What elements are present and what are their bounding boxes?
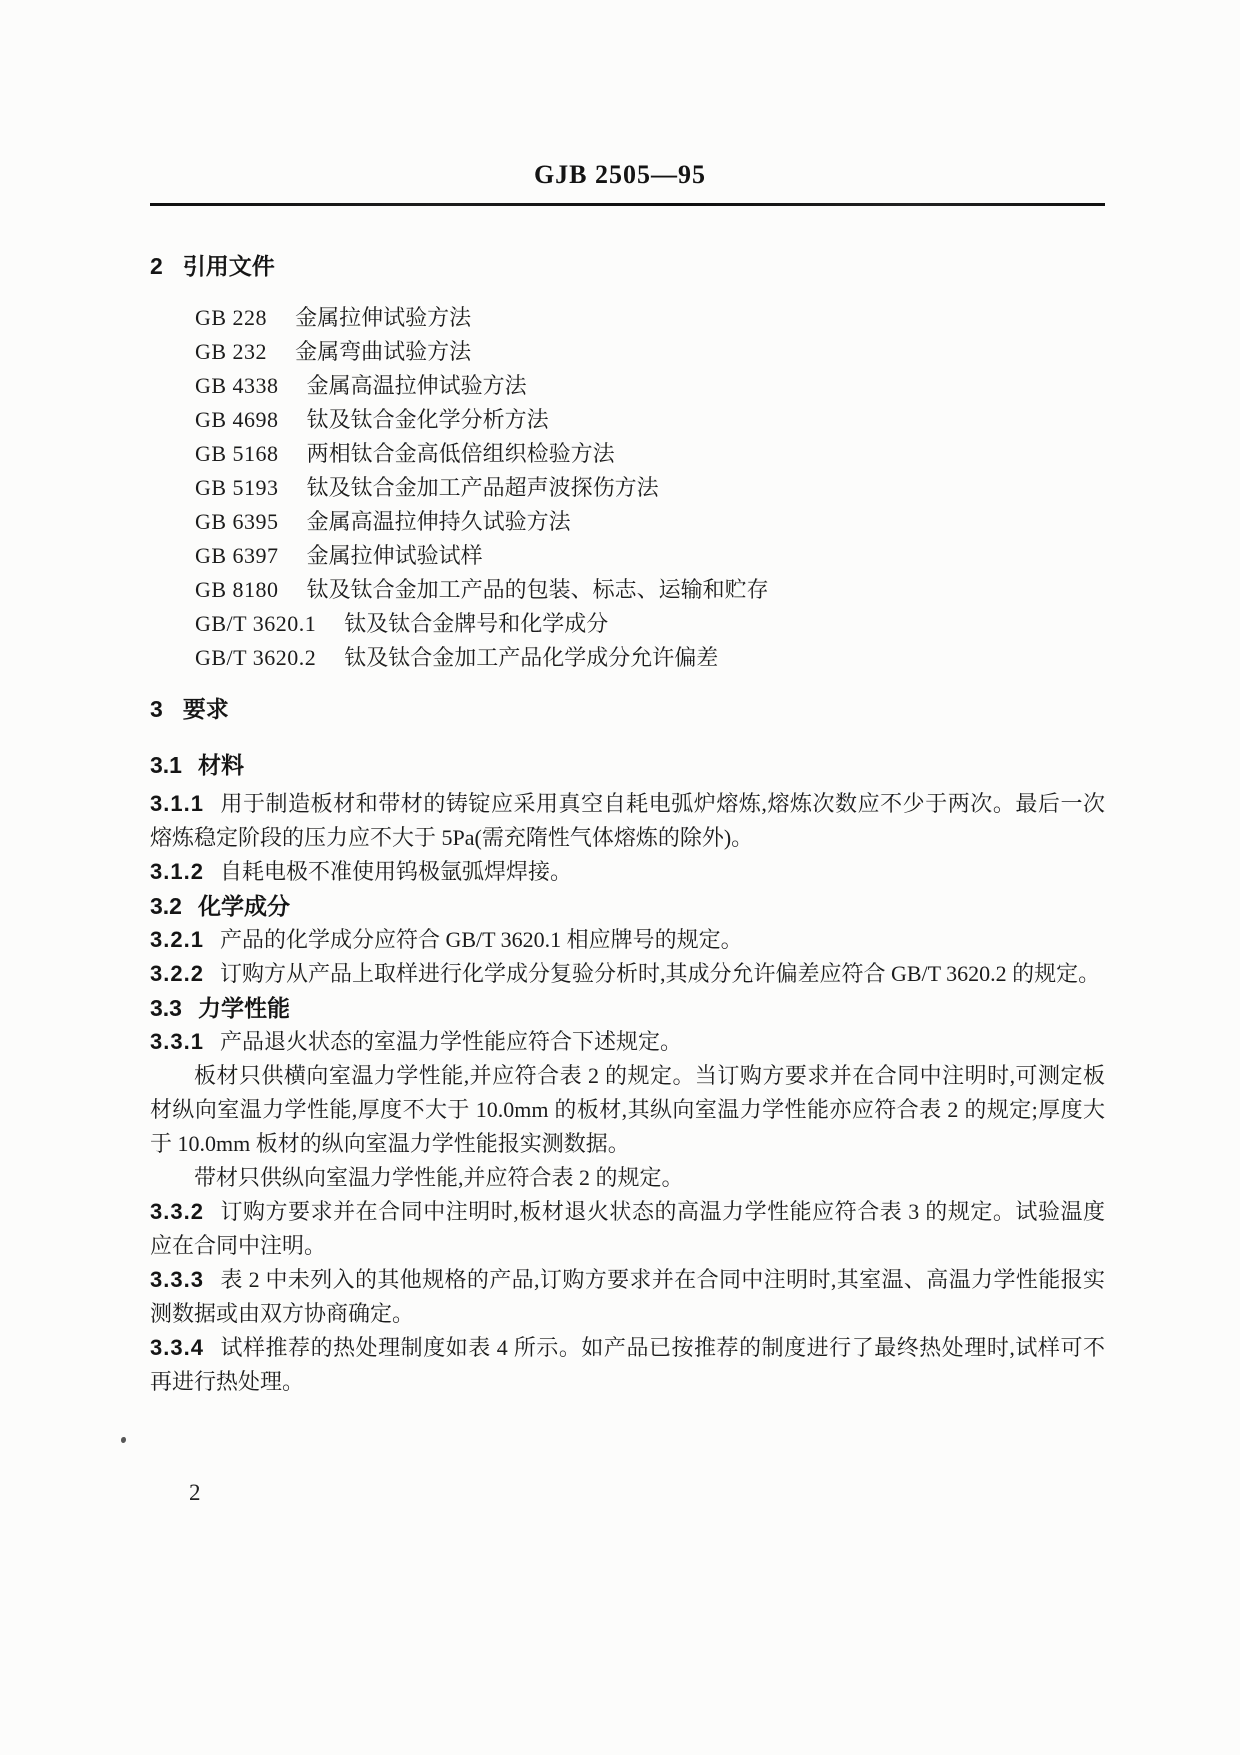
subsection-heading-chemistry: 3.2化学成分: [150, 889, 1105, 923]
reference-code: GB 5193: [195, 471, 279, 505]
clause-3-1-2: 3.1.2自耗电极不准使用钨极氩弧焊焊接。: [150, 855, 1105, 889]
reference-title: 金属拉伸试验试样: [307, 543, 483, 568]
reference-code: GB 228: [195, 301, 267, 335]
reference-list: GB 228金属拉伸试验方法 GB 232金属弯曲试验方法 GB 4338金属高…: [150, 301, 1105, 675]
page-number: 2: [189, 1480, 201, 1506]
reference-title: 金属弯曲试验方法: [295, 339, 471, 364]
clause-text: 产品退火状态的室温力学性能应符合下述规定。: [220, 1029, 682, 1054]
reference-code: GB/T 3620.2: [195, 641, 316, 675]
clause-3-2-1: 3.2.1产品的化学成分应符合 GB/T 3620.1 相应牌号的规定。: [150, 923, 1105, 957]
clause-number: 3.3.3: [150, 1263, 204, 1297]
clause-number: 3.3.1: [150, 1025, 204, 1059]
reference-title: 金属高温拉伸试验方法: [307, 373, 527, 398]
reference-title: 钛及钛合金加工产品化学成分允许偏差: [344, 645, 718, 670]
clause-number: 3.3.2: [150, 1195, 204, 1229]
reference-title: 钛及钛合金加工产品超声波探伤方法: [307, 475, 659, 500]
reference-item: GB 5193钛及钛合金加工产品超声波探伤方法: [195, 471, 1105, 505]
section-title: 引用文件: [183, 253, 275, 279]
clause-number: 3.1.1: [150, 787, 204, 821]
clause-block: 3.1.1用于制造板材和带材的铸锭应采用真空自耗电弧炉熔炼,熔炼次数应不少于两次…: [150, 787, 1105, 1399]
subsection-number: 3.2: [150, 889, 182, 923]
clause-3-2-2: 3.2.2订购方从产品上取样进行化学成分复验分析时,其成分允许偏差应符合 GB/…: [150, 957, 1105, 991]
reference-code: GB 232: [195, 335, 267, 369]
clause-text: 订购方要求并在合同中注明时,板材退火状态的高温力学性能应符合表 3 的规定。试验…: [150, 1199, 1105, 1258]
reference-item: GB 5168两相钛合金高低倍组织检验方法: [195, 437, 1105, 471]
clause-number: 3.2.1: [150, 923, 204, 957]
clause-3-3-4: 3.3.4试样推荐的热处理制度如表 4 所示。如产品已按推荐的制度进行了最终热处…: [150, 1331, 1105, 1399]
reference-title: 金属拉伸试验方法: [295, 305, 471, 330]
reference-title: 钛及钛合金化学分析方法: [307, 407, 549, 432]
reference-code: GB/T 3620.1: [195, 607, 316, 641]
reference-code: GB 8180: [195, 573, 279, 607]
reference-code: GB 4338: [195, 369, 279, 403]
section-number: 3: [150, 694, 163, 724]
reference-title: 钛及钛合金加工产品的包装、标志、运输和贮存: [307, 577, 769, 602]
reference-title: 两相钛合金高低倍组织检验方法: [307, 441, 615, 466]
clause-number: 3.1.2: [150, 855, 204, 889]
section-heading-requirements: 3要求: [150, 694, 1105, 724]
clause-text: 用于制造板材和带材的铸锭应采用真空自耗电弧炉熔炼,熔炼次数应不少于两次。最后一次…: [150, 791, 1105, 850]
clause-3-3-1-paragraph-strip: 带材只供纵向室温力学性能,并应符合表 2 的规定。: [150, 1161, 1105, 1195]
reference-code: GB 6397: [195, 539, 279, 573]
clause-3-1-1: 3.1.1用于制造板材和带材的铸锭应采用真空自耗电弧炉熔炼,熔炼次数应不少于两次…: [150, 787, 1105, 855]
reference-item: GB/T 3620.2钛及钛合金加工产品化学成分允许偏差: [195, 641, 1105, 675]
clause-text: 自耗电极不准使用钨极氩弧焊焊接。: [220, 859, 572, 884]
reference-title: 钛及钛合金牌号和化学成分: [344, 611, 608, 636]
reference-item: GB 6397金属拉伸试验试样: [195, 539, 1105, 573]
subsection-title: 力学性能: [198, 995, 290, 1021]
subsection-heading-materials: 3.1材料: [150, 748, 1105, 782]
reference-item: GB 6395金属高温拉伸持久试验方法: [195, 505, 1105, 539]
clause-text: 订购方从产品上取样进行化学成分复验分析时,其成分允许偏差应符合 GB/T 362…: [220, 961, 1100, 986]
standard-code-header: GJB 2505—95: [0, 0, 1240, 190]
section-number: 2: [150, 251, 163, 281]
subsection-number: 3.3: [150, 991, 182, 1025]
reference-item: GB 228金属拉伸试验方法: [195, 301, 1105, 335]
reference-code: GB 4698: [195, 403, 279, 437]
document-page: GJB 2505—95 2引用文件 GB 228金属拉伸试验方法 GB 232金…: [0, 0, 1240, 1755]
subsection-number: 3.1: [150, 748, 182, 782]
section-heading-references: 2引用文件: [150, 251, 1105, 281]
reference-code: GB 5168: [195, 437, 279, 471]
clause-text: 表 2 中未列入的其他规格的产品,订购方要求并在合同中注明时,其室温、高温力学性…: [150, 1267, 1105, 1326]
reference-item: GB 4698钛及钛合金化学分析方法: [195, 403, 1105, 437]
page-content: 2引用文件 GB 228金属拉伸试验方法 GB 232金属弯曲试验方法 GB 4…: [0, 251, 1240, 1399]
subsection-title: 化学成分: [198, 893, 290, 919]
section-title: 要求: [183, 696, 229, 722]
reference-code: GB 6395: [195, 505, 279, 539]
clause-3-3-3: 3.3.3表 2 中未列入的其他规格的产品,订购方要求并在合同中注明时,其室温、…: [150, 1263, 1105, 1331]
reference-title: 金属高温拉伸持久试验方法: [307, 509, 571, 534]
subsection-heading-mechanical: 3.3力学性能: [150, 991, 1105, 1025]
reference-item: GB 4338金属高温拉伸试验方法: [195, 369, 1105, 403]
clause-text: 产品的化学成分应符合 GB/T 3620.1 相应牌号的规定。: [220, 927, 743, 952]
reference-item: GB 8180钛及钛合金加工产品的包装、标志、运输和贮存: [195, 573, 1105, 607]
clause-3-3-2: 3.3.2订购方要求并在合同中注明时,板材退火状态的高温力学性能应符合表 3 的…: [150, 1195, 1105, 1263]
subsection-title: 材料: [198, 752, 244, 778]
clause-3-3-1-paragraph-plate: 板材只供横向室温力学性能,并应符合表 2 的规定。当订购方要求并在合同中注明时,…: [150, 1059, 1105, 1161]
clause-3-3-1: 3.3.1产品退火状态的室温力学性能应符合下述规定。: [150, 1025, 1105, 1059]
reference-item: GB/T 3620.1钛及钛合金牌号和化学成分: [195, 607, 1105, 641]
scan-speck: [121, 1437, 126, 1443]
clause-text: 试样推荐的热处理制度如表 4 所示。如产品已按推荐的制度进行了最终热处理时,试样…: [150, 1335, 1105, 1394]
header-rule: [150, 203, 1105, 206]
clause-number: 3.2.2: [150, 957, 204, 991]
reference-item: GB 232金属弯曲试验方法: [195, 335, 1105, 369]
clause-number: 3.3.4: [150, 1331, 204, 1365]
